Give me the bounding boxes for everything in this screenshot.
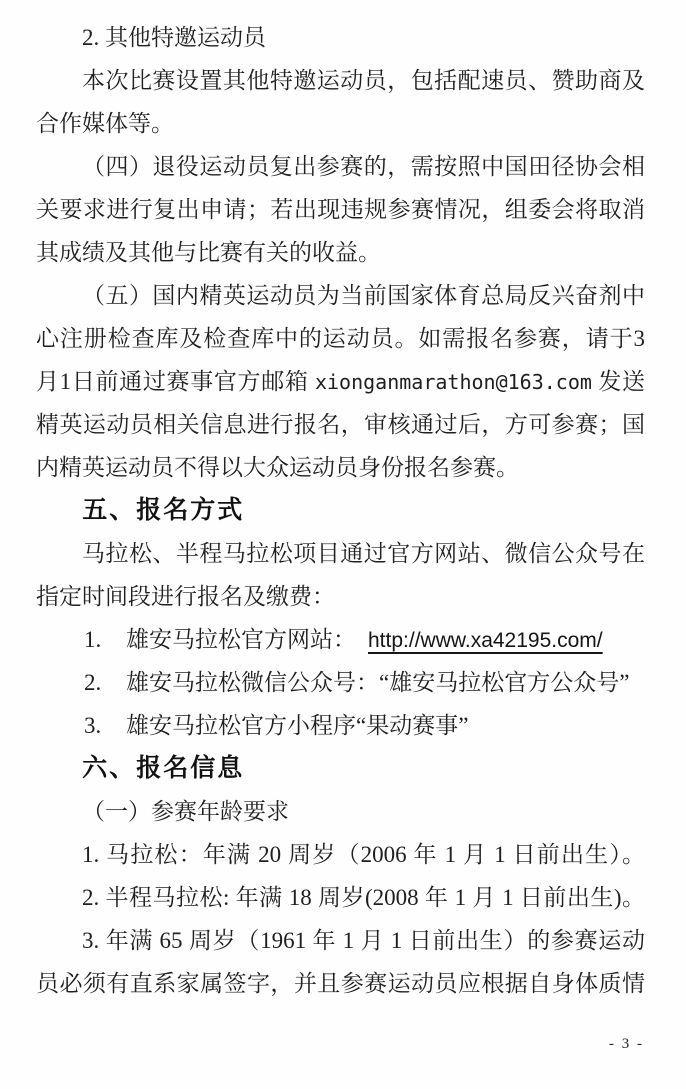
paragraph-line: 合作媒体等。: [36, 102, 645, 145]
section-heading-registration-method: 五、报名方式: [36, 489, 645, 532]
list-item-official-website: 1.雄安马拉松官方网站：http://www.xa42195.com/: [36, 618, 645, 661]
page-number: - 3 -: [609, 1036, 644, 1053]
document-page: 2. 其他特邀运动员 本次比赛设置其他特邀运动员，包括配速员、赞助商及 合作媒体…: [0, 0, 686, 1089]
paragraph-line: 员必须有直系家属签字，并且参赛运动员应根据自身体质情: [36, 962, 645, 1005]
paragraph-line: 指定时间段进行报名及缴费：: [36, 575, 645, 618]
paragraph-line: （五）国内精英运动员为当前国家体育总局反兴奋剂中: [36, 274, 645, 317]
list-item-mini-program: 3.雄安马拉松官方小程序“果动赛事”: [36, 704, 645, 747]
paragraph-line: 2. 半程马拉松: 年满 18 周岁(2008 年 1 月 1 日前出生)。: [36, 876, 645, 919]
paragraph-text: 月1日前通过赛事官方邮箱: [36, 369, 315, 394]
list-item-number: 2.: [84, 661, 126, 704]
section-heading-registration-info: 六、报名信息: [36, 747, 645, 790]
paragraph-line: 心注册检查库及检查库中的运动员。如需报名参赛，请于3: [36, 317, 645, 360]
paragraph-text: 发送: [592, 369, 645, 394]
official-website-link[interactable]: http://www.xa42195.com/: [368, 629, 603, 652]
list-item-text: 雄安马拉松微信公众号：“雄安马拉松官方公众号”: [126, 670, 629, 695]
paragraph-line: 其成绩及其他与比赛有关的收益。: [36, 231, 645, 274]
paragraph-line: 内精英运动员不得以大众运动员身份报名参赛。: [36, 446, 645, 489]
list-item-number: 3.: [84, 704, 126, 747]
paragraph-line: 关要求进行复出申请；若出现违规参赛情况，组委会将取消: [36, 188, 645, 231]
paragraph-line: 精英运动员相关信息进行报名，审核通过后，方可参赛；国: [36, 403, 645, 446]
paragraph-line-with-email: 月1日前通过赛事官方邮箱 xionganmarathon@163.com 发送: [36, 360, 645, 403]
list-item-wechat-account: 2.雄安马拉松微信公众号：“雄安马拉松官方公众号”: [36, 661, 645, 704]
paragraph-line: （一）参赛年龄要求: [36, 790, 645, 833]
list-item-text: 雄安马拉松官方小程序“果动赛事”: [126, 713, 468, 738]
list-item-number: 1.: [84, 618, 126, 661]
paragraph-line: 2. 其他特邀运动员: [36, 16, 645, 59]
paragraph-line: 本次比赛设置其他特邀运动员，包括配速员、赞助商及: [36, 59, 645, 102]
paragraph-line: 1. 马拉松：年满 20 周岁（2006 年 1 月 1 日前出生）。: [36, 833, 645, 876]
email-address: xionganmarathon@163.com: [315, 370, 592, 394]
list-item-text: 雄安马拉松官方网站：: [126, 627, 356, 652]
paragraph-line: 3. 年满 65 周岁（1961 年 1 月 1 日前出生）的参赛运动: [36, 919, 645, 962]
paragraph-line: 马拉松、半程马拉松项目通过官方网站、微信公众号在: [36, 532, 645, 575]
paragraph-line: （四）退役运动员复出参赛的，需按照中国田径协会相: [36, 145, 645, 188]
